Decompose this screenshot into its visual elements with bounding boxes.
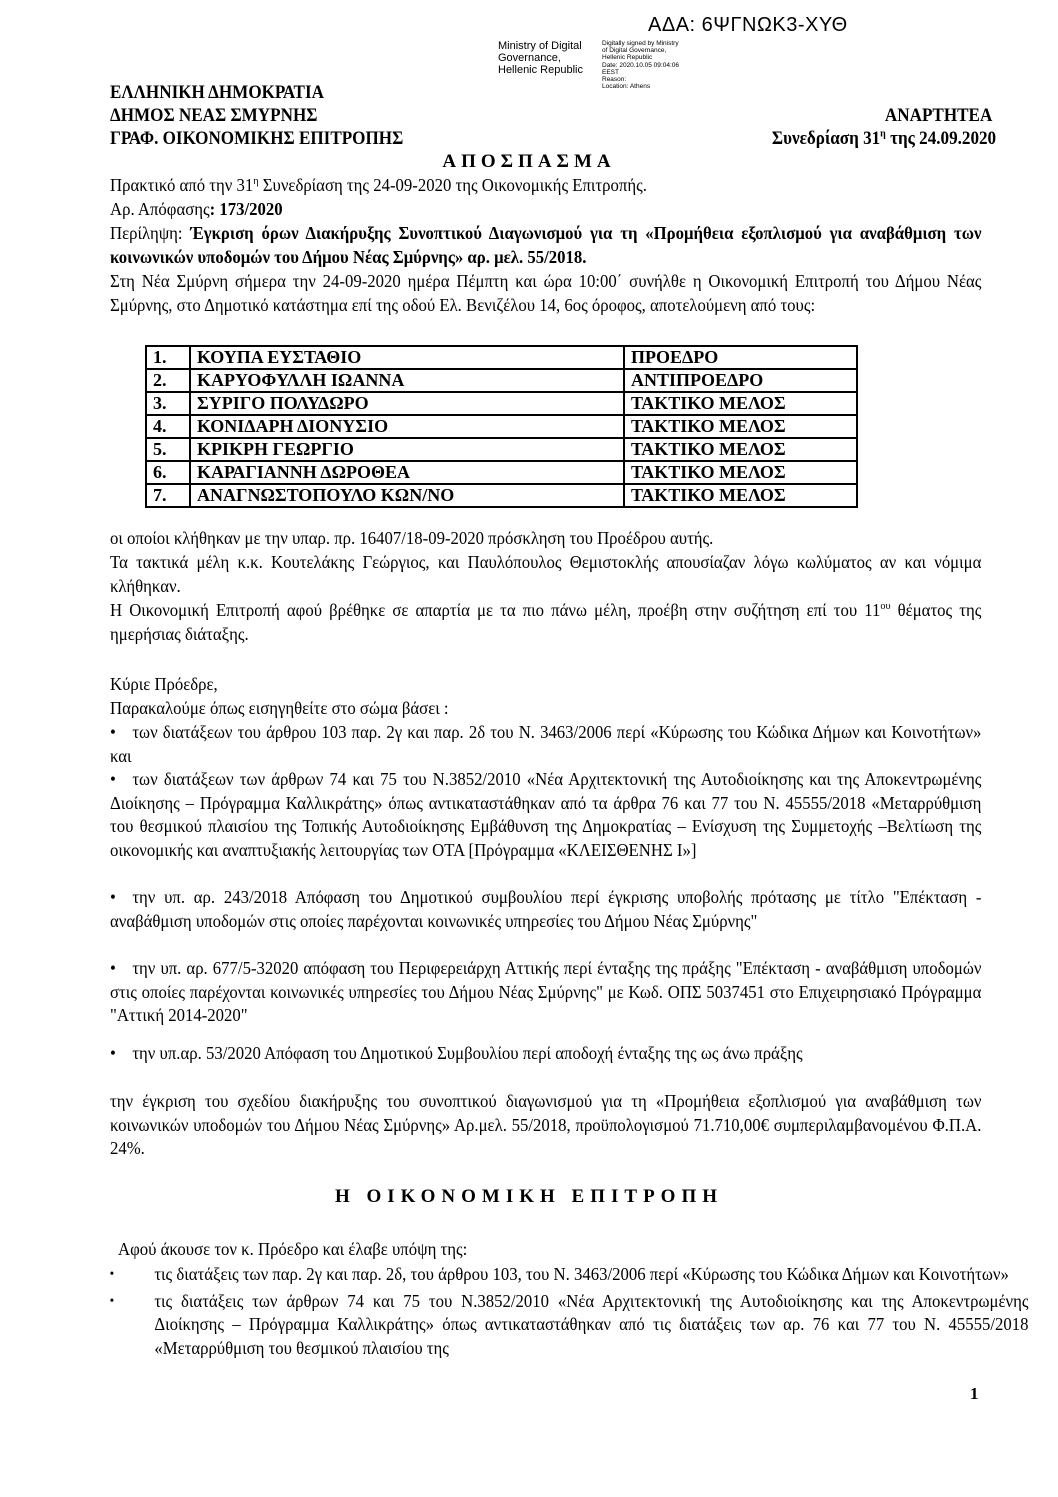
member-name: ΚΟΝΙΔΑΡΗ ΔΙΟΝΥΣΙΟ [190, 415, 624, 438]
table-row: 5.ΚΡΙΚΡΗ ΓΕΩΡΓΙΟΤΑΚΤΙΚΟ ΜΕΛΟΣ [146, 438, 857, 461]
bullet-icon: • [110, 1290, 115, 1314]
signature-detail-line: Date: 2020.10.05 09:04:06 [602, 62, 702, 69]
signature-detail-line: Reason: [602, 76, 702, 83]
invitation-text: οι οποίοι κλήθηκαν με την υπαρ. πρ. 1640… [110, 527, 981, 551]
signature-signer: Ministry of Digital Governance, Hellenic… [498, 40, 602, 76]
decision-number: Αρ. Απόφασης: 173/2020 [110, 198, 981, 222]
member-number: 3. [146, 392, 190, 415]
committee-intro: Αφού άκουσε τον κ. Πρόεδρο και έλαβε υπό… [118, 1238, 989, 1262]
proposal-intro: Παρακαλούμε όπως εισηγηθείτε στο σώμα βά… [110, 697, 981, 721]
signer-line: Ministry of Digital [498, 40, 602, 52]
table-row: 1.ΚΟΥΠΑ ΕΥΣΤΑΘΙΟΠΡΟΕΔΡΟ [146, 346, 857, 369]
committee-bullet: •τις διατάξεις των παρ. 2γ και παρ. 2δ, … [132, 1263, 1029, 1287]
proposal-bullet: •την υπ.αρ. 53/2020 Απόφαση του Δημοτικο… [110, 1042, 981, 1066]
meeting-text: Στη Νέα Σμύρνη σήμερα την 24-09-2020 ημέ… [110, 270, 981, 317]
bullet-icon: • [110, 957, 132, 981]
member-role: ΑΝΤΙΠΡΟΕΔΡΟ [624, 369, 857, 392]
member-name: ΚΟΥΠΑ ΕΥΣΤΑΘΙΟ [190, 346, 624, 369]
member-name: ΣΥΡΙΓΟ ΠΟΛΥΔΩΡΟ [190, 392, 624, 415]
absent-members-text: Τα τακτικά μέλη κ.κ. Κουτελάκης Γεώργιος… [110, 551, 981, 598]
member-number: 6. [146, 461, 190, 484]
header-status: ΑΝΑΡΤΗΤΕΑ [885, 104, 992, 128]
proposal-bullet: •των διατάξεων των άρθρων 74 και 75 του … [110, 768, 981, 862]
bullet-icon: • [110, 721, 132, 745]
table-row: 4.ΚΟΝΙΔΑΡΗ ΔΙΟΝΥΣΙΟΤΑΚΤΙΚΟ ΜΕΛΟΣ [146, 415, 857, 438]
member-number: 5. [146, 438, 190, 461]
member-name: ΚΑΡΑΓΙΑΝΝΗ ΔΩΡΟΘΕΑ [190, 461, 624, 484]
signature-detail-line: of Digital Governance, [602, 47, 702, 54]
header-country: ΕΛΛΗΝΙΚΗ ΔΗΜΟΚΡΑΤΙΑ [110, 81, 324, 105]
member-role: ΤΑΚΤΙΚΟ ΜΕΛΟΣ [624, 461, 857, 484]
bullet-icon: • [110, 1042, 132, 1066]
header-municipality: ΔΗΜΟΣ ΝΕΑΣ ΣΜΥΡΝΗΣ [110, 104, 317, 128]
member-role: ΤΑΚΤΙΚΟ ΜΕΛΟΣ [624, 415, 857, 438]
signer-line: Governance, [498, 52, 602, 64]
member-role: ΤΑΚΤΙΚΟ ΜΕΛΟΣ [624, 392, 857, 415]
member-name: ΑΝΑΓΝΩΣΤΟΠΟΥΛΟ ΚΩΝ/ΝΟ [190, 484, 624, 507]
summary: Περίληψη: Έγκριση όρων Διακήρυξης Συνοπτ… [110, 222, 981, 269]
quorum-text: Η Οικονομική Επιτροπή αφού βρέθηκε σε απ… [110, 599, 981, 646]
member-number: 7. [146, 484, 190, 507]
signature-detail-line: Hellenic Republic [602, 54, 702, 61]
page-number: 1 [970, 1384, 979, 1404]
table-row: 3.ΣΥΡΙΓΟ ΠΟΛΥΔΩΡΟΤΑΚΤΙΚΟ ΜΕΛΟΣ [146, 392, 857, 415]
signature-details: Digitally signed by Ministry of Digital … [602, 40, 702, 90]
document-title: ΑΠΟΣΠΑΣΜΑ [0, 151, 1058, 173]
proposal-bullet: •την υπ. αρ. 243/2018 Απόφαση του Δημοτι… [110, 886, 981, 933]
ada-code: ΑΔΑ: 6ΨΓΝΩΚ3-ΧΥΘ [648, 14, 848, 37]
table-row: 7.ΑΝΑΓΝΩΣΤΟΠΟΥΛΟ ΚΩΝ/ΝΟΤΑΚΤΙΚΟ ΜΕΛΟΣ [146, 484, 857, 507]
proposal-bullet: •των διατάξεων του άρθρου 103 παρ. 2γ κα… [110, 721, 981, 768]
member-number: 1. [146, 346, 190, 369]
minutes-line: Πρακτικό από την 31η Συνεδρίαση της 24-0… [110, 174, 981, 198]
signer-line: Hellenic Republic [498, 64, 602, 76]
table-row: 6.ΚΑΡΑΓΙΑΝΝΗ ΔΩΡΟΘΕΑΤΑΚΤΙΚΟ ΜΕΛΟΣ [146, 461, 857, 484]
committee-title: Η ΟΙΚΟΝΟΜΙΚΗ ΕΠΙΤΡΟΠΗ [0, 1186, 1058, 1208]
signature-detail-line: EEST [602, 69, 702, 76]
bullet-icon: • [110, 1263, 115, 1287]
bullet-icon: • [110, 886, 132, 910]
member-role: ΠΡΟΕΔΡΟ [624, 346, 857, 369]
table-row: 2.ΚΑΡΥΟΦΥΛΛΗ ΙΩΑΝΝΑΑΝΤΙΠΡΟΕΔΡΟ [146, 369, 857, 392]
member-number: 4. [146, 415, 190, 438]
salutation: Κύριε Πρόεδρε, [110, 673, 981, 697]
header-office: ΓΡΑΦ. ΟΙΚΟΝΟΜΙΚΗΣ ΕΠΙΤΡΟΠΗΣ [110, 127, 403, 151]
committee-bullet: •τις διατάξεις των άρθρων 74 και 75 του … [132, 1290, 1029, 1361]
member-name: ΚΡΙΚΡΗ ΓΕΩΡΓΙΟ [190, 438, 624, 461]
members-table: 1.ΚΟΥΠΑ ΕΥΣΤΑΘΙΟΠΡΟΕΔΡΟ2.ΚΑΡΥΟΦΥΛΛΗ ΙΩΑΝ… [145, 345, 858, 508]
member-name: ΚΑΡΥΟΦΥΛΛΗ ΙΩΑΝΝΑ [190, 369, 624, 392]
member-number: 2. [146, 369, 190, 392]
proposal-conclusion: την έγκριση του σχεδίου διακήρυξης του σ… [110, 1090, 981, 1161]
signature-detail-line: Location: Athens [602, 83, 702, 90]
member-role: ΤΑΚΤΙΚΟ ΜΕΛΟΣ [624, 484, 857, 507]
bullet-icon: • [110, 768, 132, 792]
header-session: Συνεδρίαση 31η της 24.09.2020 [772, 127, 996, 151]
member-role: ΤΑΚΤΙΚΟ ΜΕΛΟΣ [624, 438, 857, 461]
proposal-bullet: •την υπ. αρ. 677/5-32020 απόφαση του Περ… [110, 957, 981, 1028]
signature-detail-line: Digitally signed by Ministry [602, 40, 702, 47]
committee-bullets: •τις διατάξεις των παρ. 2γ και παρ. 2δ, … [132, 1263, 1012, 1360]
